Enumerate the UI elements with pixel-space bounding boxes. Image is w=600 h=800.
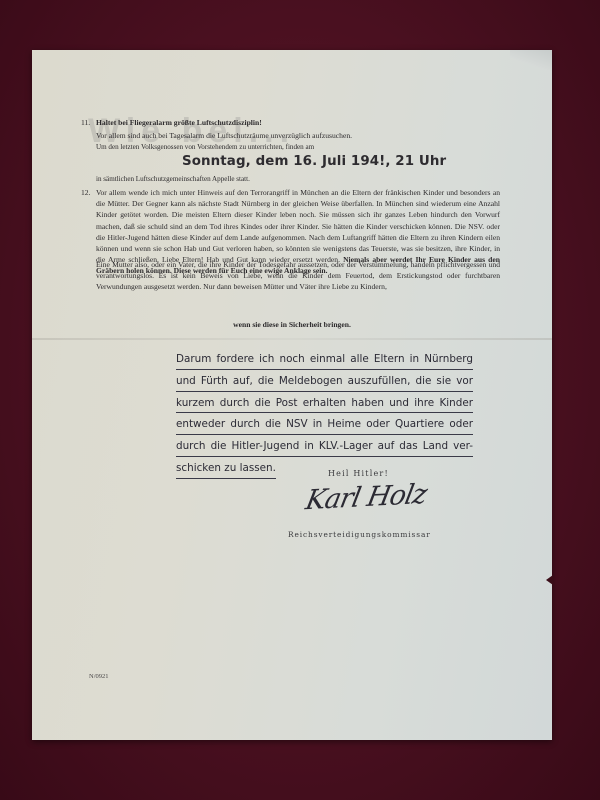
appeal-line: Darum fordere ich noch einmal alle Elter… [176, 348, 473, 370]
meeting-date-headline: Sonntag, dem 16. Juli 194!, 21 Uhr [182, 154, 482, 169]
appeal-block: Darum fordere ich noch einmal alle Elter… [176, 348, 473, 479]
appeal-line: und Fürth auf, die Meldebogen auszufülle… [176, 370, 473, 392]
section-11-line1: Vor allem sind auch bei Tagesalarm die L… [96, 130, 500, 141]
section-12-text: Vor allem wende ich mich unter Hinweis a… [96, 188, 500, 264]
greeting: Heil Hitler! [328, 469, 389, 478]
section-12-number: 12. [81, 187, 91, 198]
signatory-title: Reichsverteidigungskommissar [288, 530, 431, 539]
appeal-line: durch die Hitler-Jugend in KLV.-Lager au… [176, 435, 473, 457]
section-11-number: 11. [81, 117, 90, 128]
folded-corner [510, 50, 552, 72]
closing-line: wenn sie diese in Sicherheit bringen. [32, 320, 552, 329]
appeal-line: schicken zu lassen. [176, 457, 276, 479]
appeal-line: kurzem durch die Post erhalten haben und… [176, 392, 473, 414]
appeal-line: entweder durch die NSV in Heime oder Qua… [176, 413, 473, 435]
section-11-line2: Um den letzten Volksgenossen von Vorsteh… [96, 142, 500, 153]
leaflet-page: Wie bei... 11. Haltet bei Fliegeralarm g… [32, 50, 552, 740]
section-11-heading: Haltet bei Fliegeralarm größte Luftschut… [96, 117, 500, 128]
print-code: N/0921 [89, 673, 109, 680]
section-13-paragraph: Eine Mutter also, oder ein Vater, die ih… [96, 259, 500, 293]
signature: Karl Holz [303, 479, 429, 517]
appelle-line: in sämtlichen Luftschutzgemeinschaften A… [96, 174, 500, 185]
